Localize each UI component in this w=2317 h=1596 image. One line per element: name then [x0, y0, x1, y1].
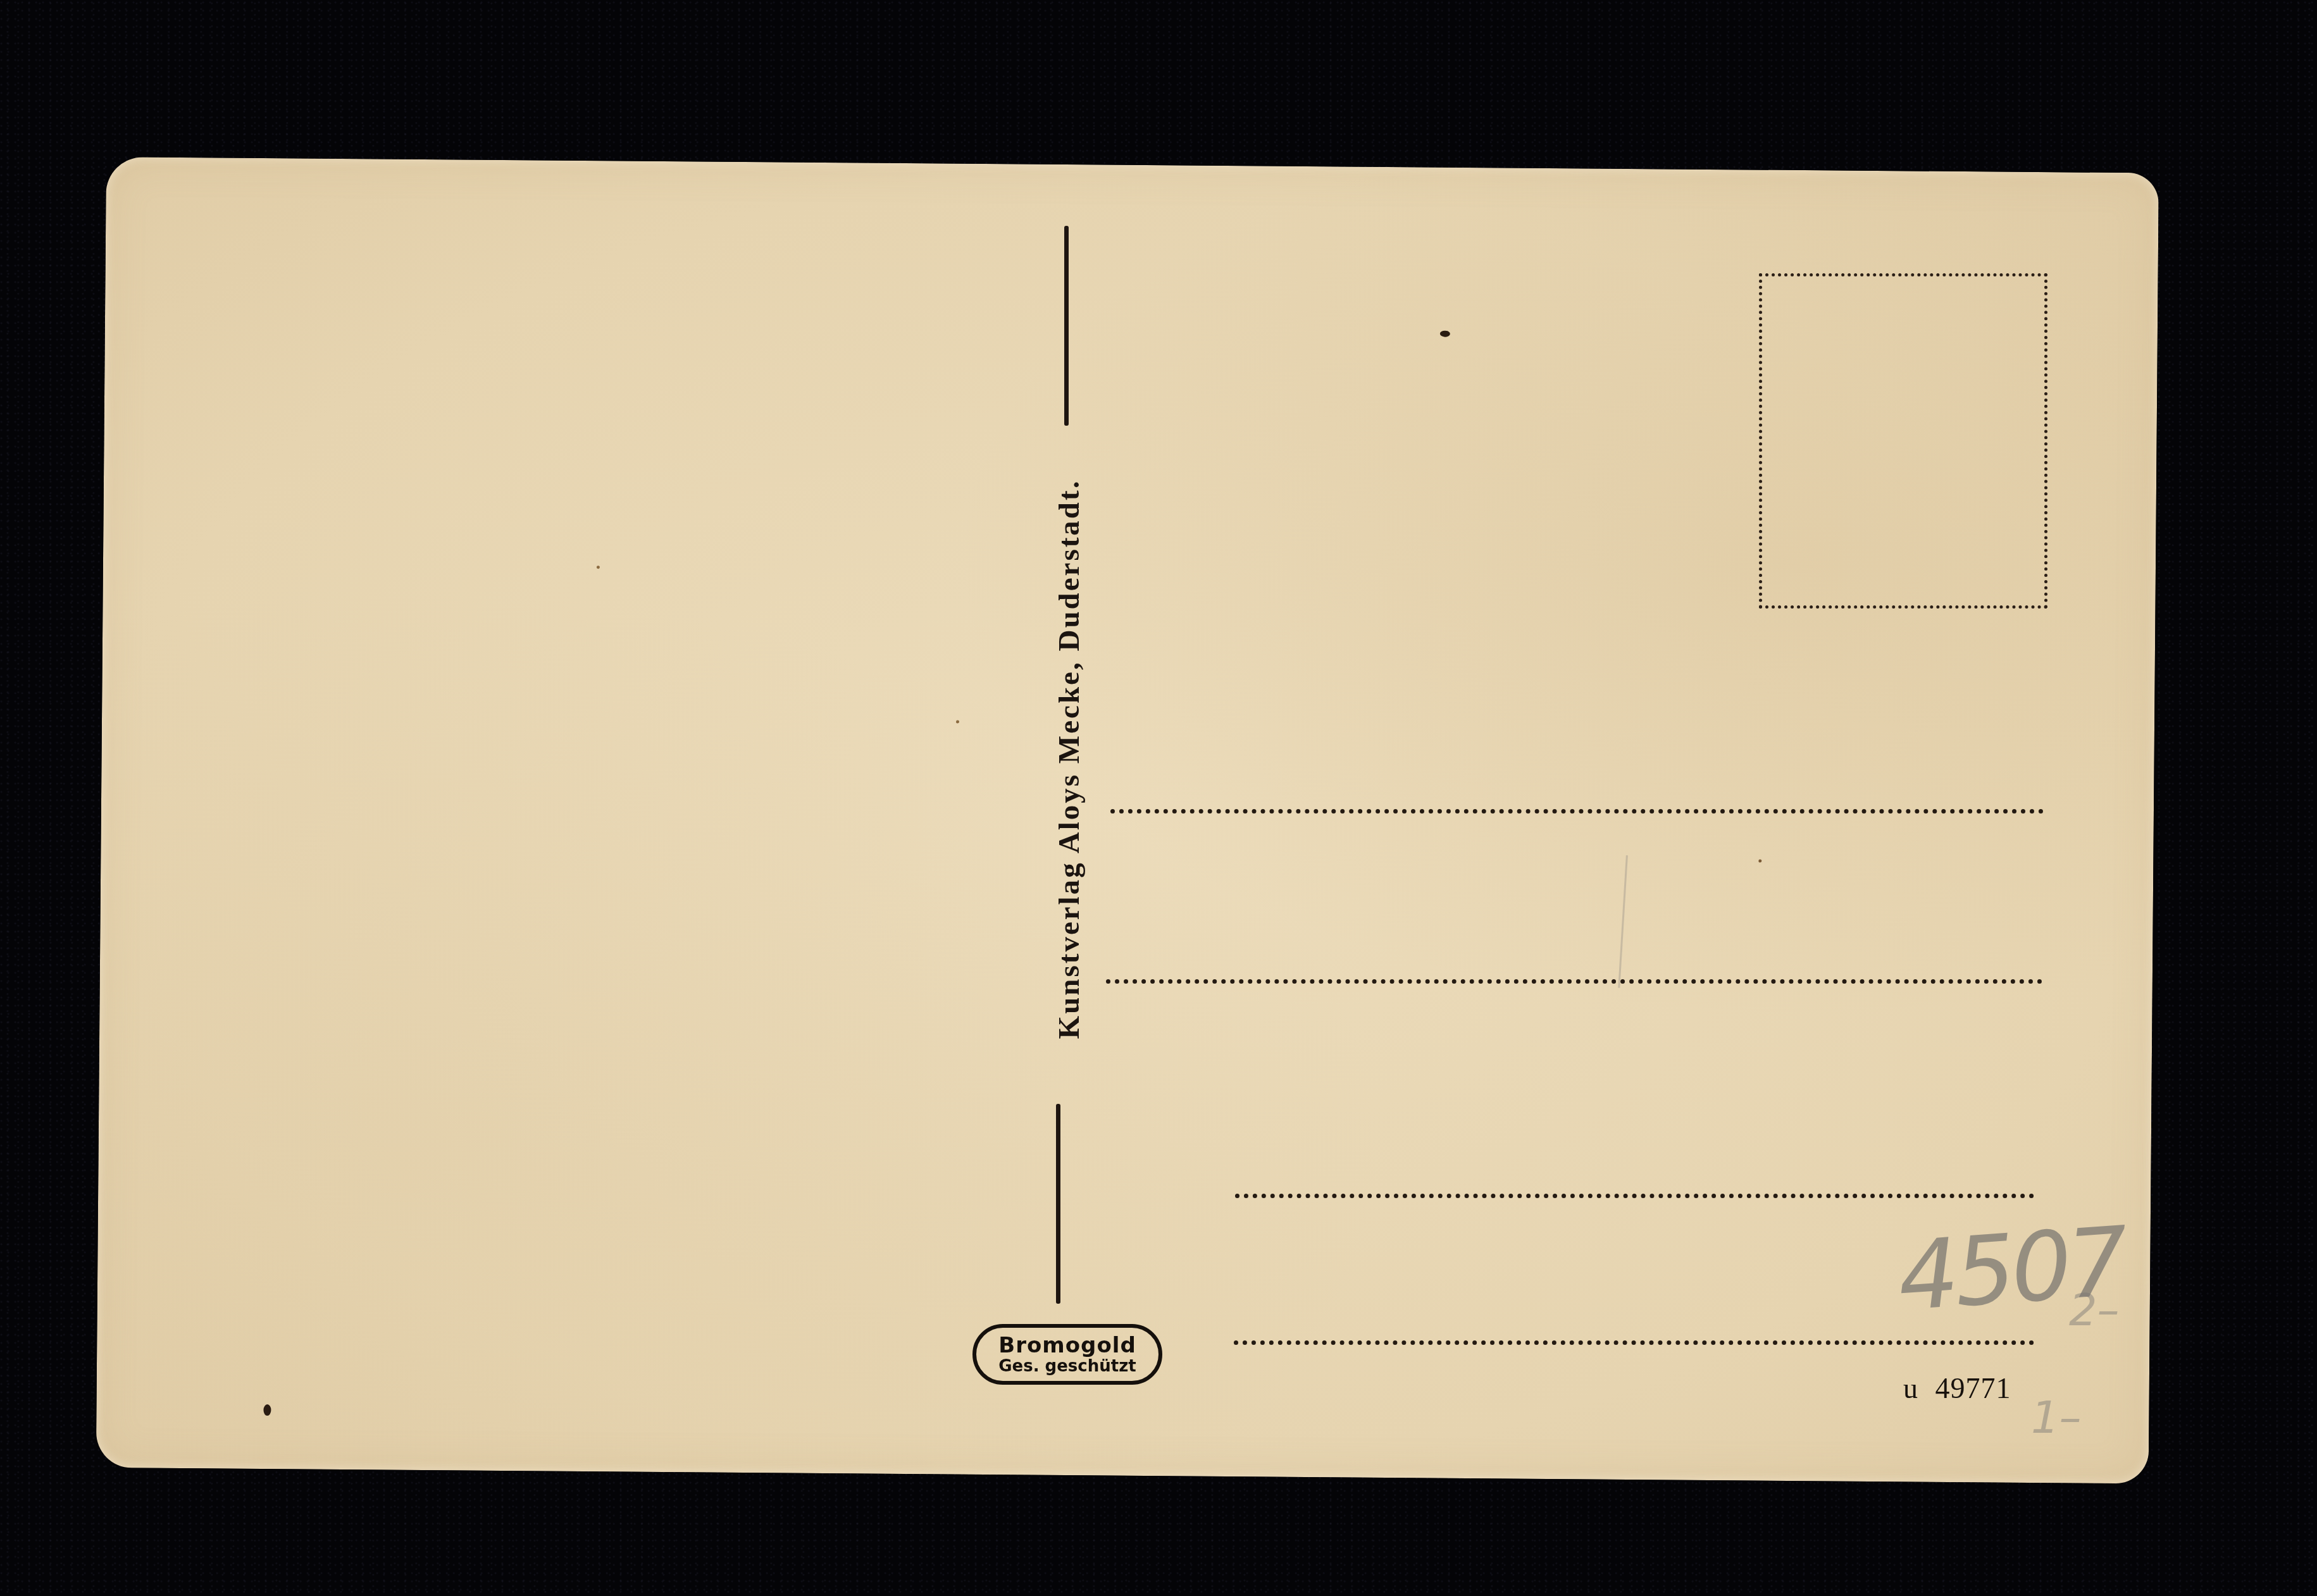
address-line-1	[1110, 809, 2044, 813]
address-line-4	[1234, 1340, 2034, 1345]
address-line-3	[1235, 1194, 2034, 1198]
serial-number: u 49771	[1903, 1371, 2011, 1405]
bromogold-name: Bromogold	[998, 1335, 1136, 1356]
divider-line-bottom	[1056, 1104, 1060, 1304]
ink-speck	[263, 1404, 271, 1416]
ink-speck	[597, 566, 600, 569]
ink-speck	[1440, 331, 1450, 337]
stamp-box	[1759, 273, 2047, 609]
pencil-mark-1: 2–	[2069, 1284, 2120, 1336]
pencil-stroke	[1618, 855, 1628, 988]
bromogold-subtitle: Ges. geschützt	[998, 1358, 1136, 1375]
ink-speck	[1758, 860, 1761, 863]
divider-line-top	[1064, 226, 1069, 426]
publisher-imprint: Kunstverlag Aloys Mecke, Duderstadt.	[1052, 479, 1086, 1039]
pencil-mark-2: 1–	[2031, 1392, 2082, 1444]
ink-speck	[956, 721, 959, 724]
address-line-2	[1106, 979, 2042, 984]
bromogold-logo: Bromogold Ges. geschützt	[972, 1324, 1162, 1385]
